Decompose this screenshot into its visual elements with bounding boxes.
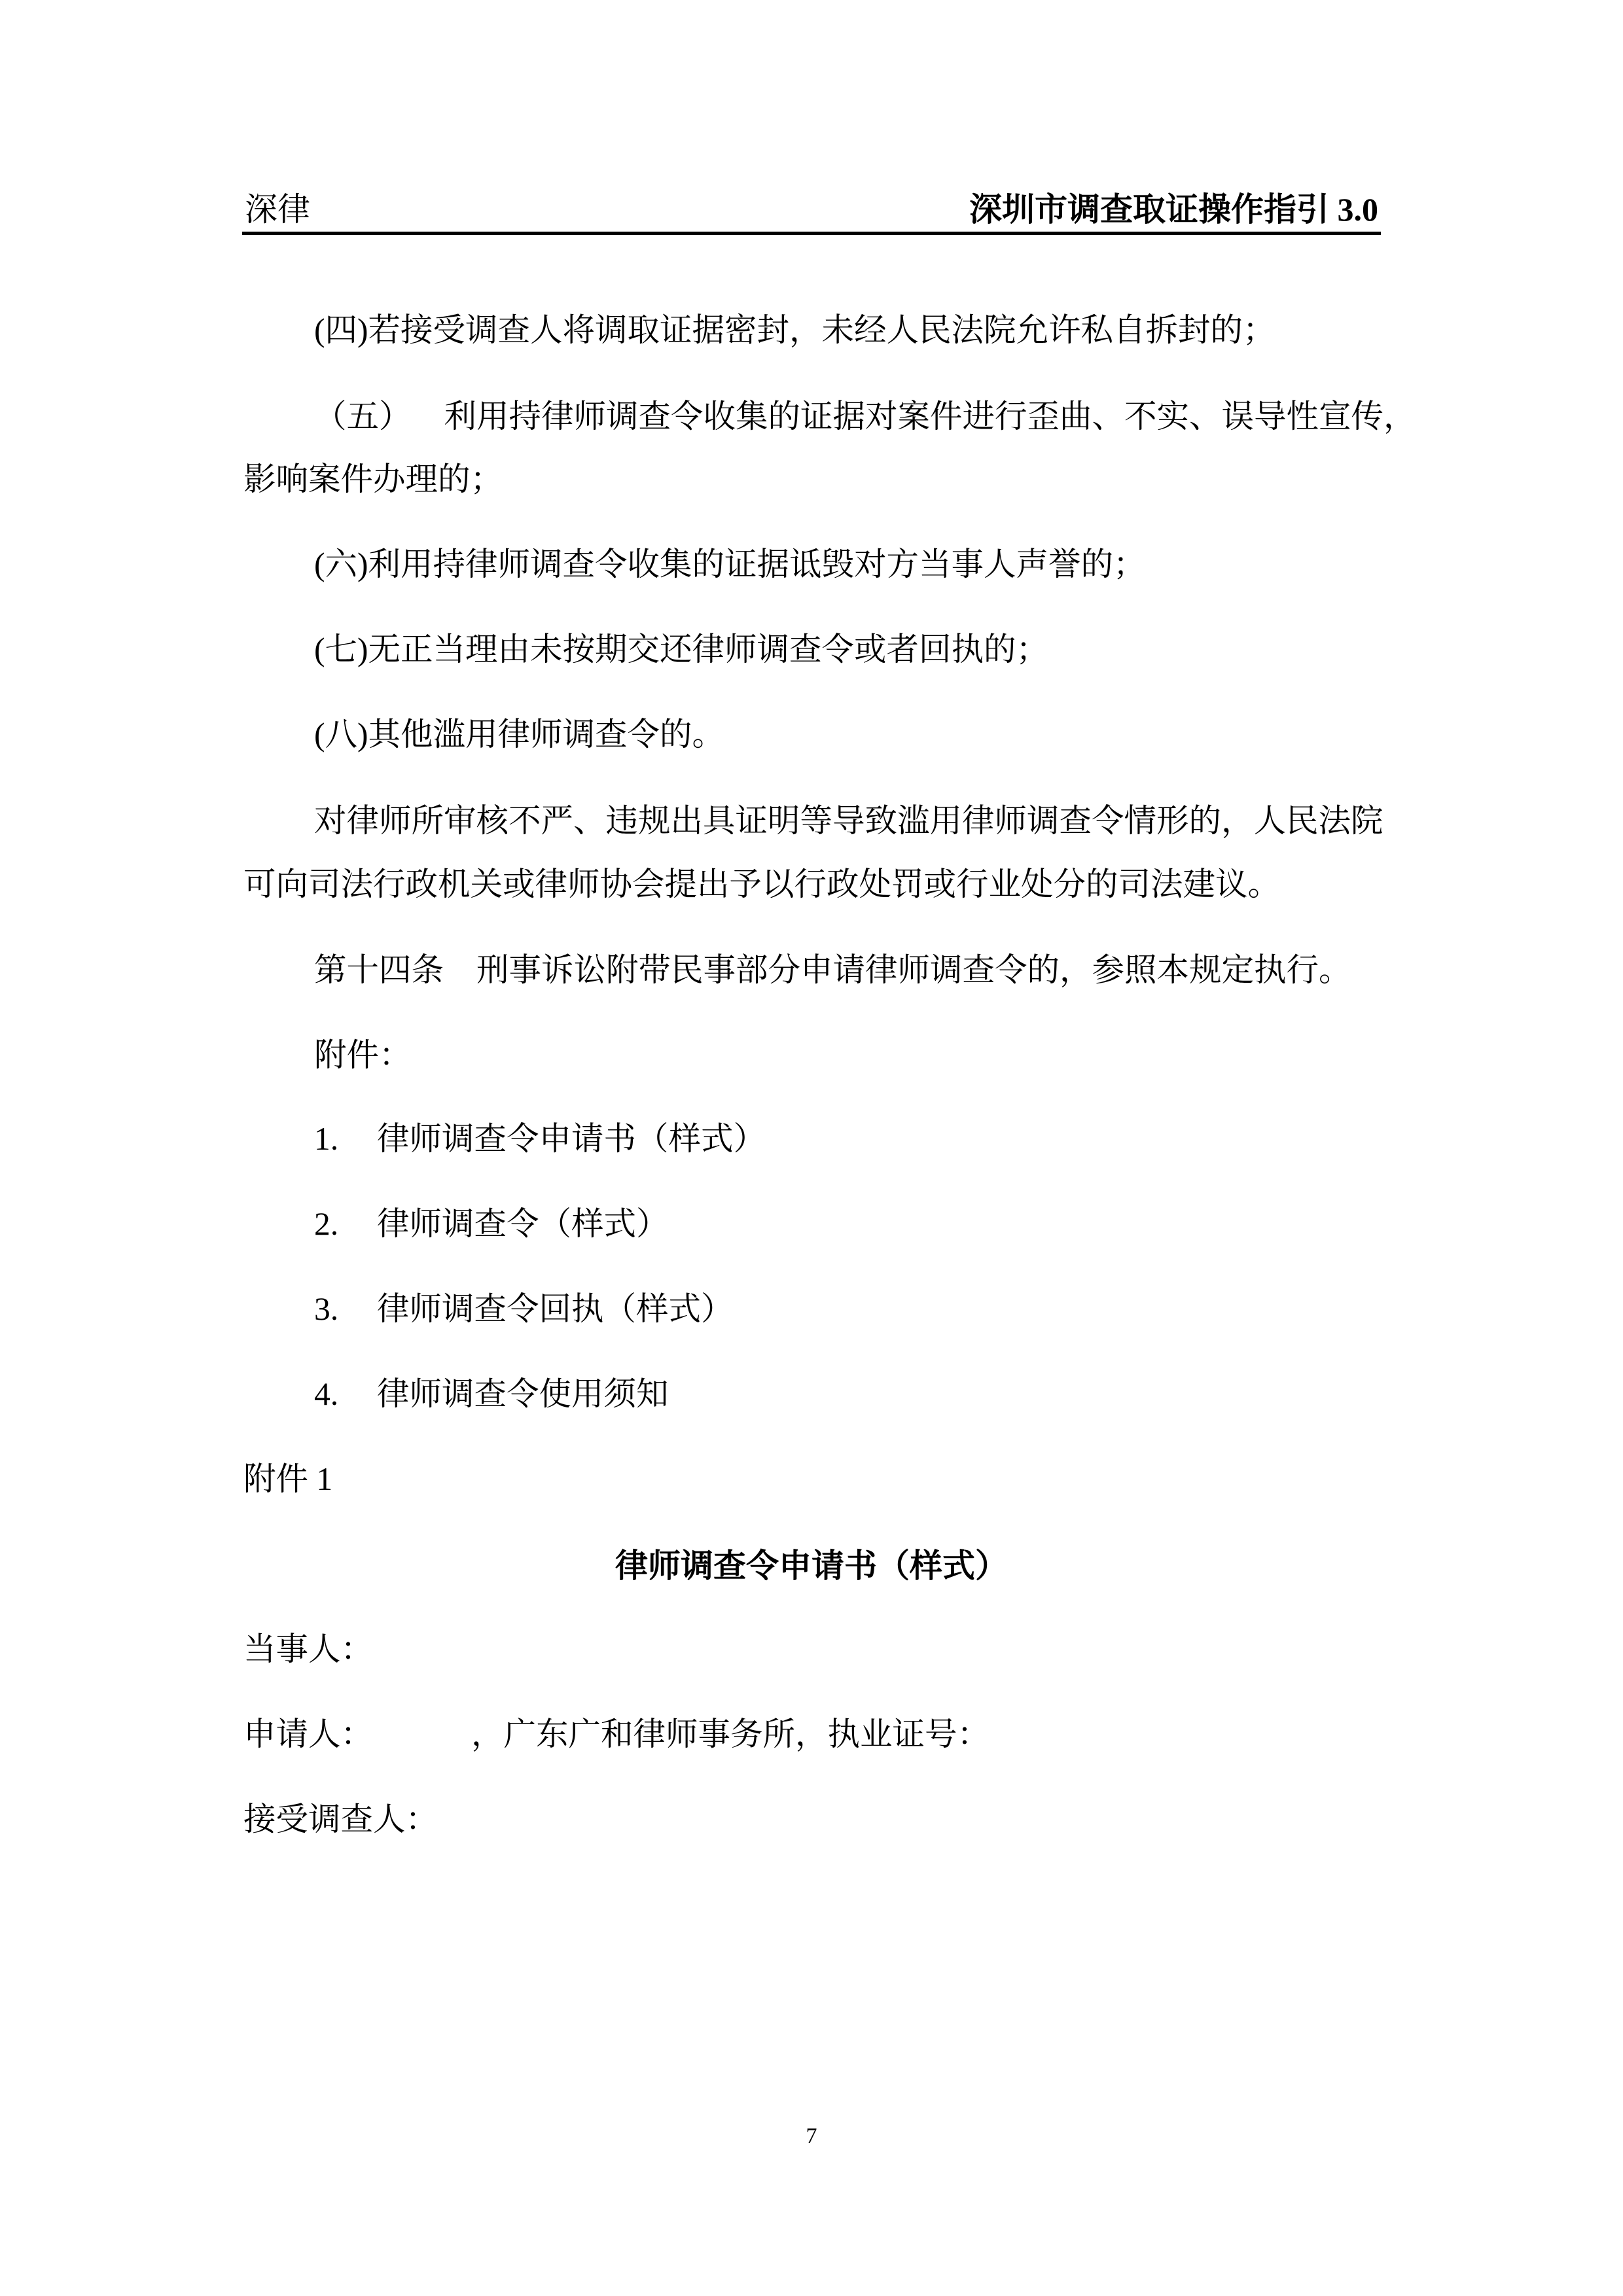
header-document-title: 深圳市调查取证操作指引 3.0 [969, 190, 1378, 229]
field-investigated-party: 接受调查人： [243, 1800, 1382, 1839]
field-applicant: 申请人：，广东广和律师事务所，执业证号： [243, 1715, 1382, 1754]
list-item-4: (四)若接受调查人将调取证据密封，未经人民法院允许私自拆封的； [243, 311, 1382, 350]
list-item-7: (七)无正当理由未按期交还律师调查令或者回执的； [243, 630, 1382, 669]
list-marker: (七) [314, 631, 368, 667]
annex-label: 附件 1 [243, 1460, 1382, 1499]
article-label: 第十四条 [314, 952, 444, 988]
annex-title: 律师调查令申请书（样式） [242, 1546, 1381, 1585]
list-marker: (四) [314, 312, 368, 348]
field-label: 当事人： [243, 1631, 373, 1667]
header-left-label: 深律 [245, 190, 310, 229]
list-item-8: (八)其他滥用律师调查令的。 [243, 715, 1382, 754]
paragraph-misuse-line1: 对律师所审核不严、违规出具证明等导致滥用律师调查令情形的，人民法院 [243, 802, 1382, 841]
attachment-item-2: 2.律师调查令（样式） [243, 1205, 1382, 1244]
article-14: 第十四条刑事诉讼附带民事部分申请律师调查令的，参照本规定执行。 [243, 951, 1382, 990]
list-item-6: (六)利用持律师调查令收集的证据诋毁对方当事人声誉的； [243, 545, 1382, 584]
list-text: 无正当理由未按期交还律师调查令或者回执的； [368, 631, 1048, 667]
page-number: 7 [242, 2123, 1381, 2149]
list-text: 利用持律师调查令收集的证据诋毁对方当事人声誉的； [368, 546, 1145, 582]
attachments-label: 附件： [243, 1036, 1382, 1075]
field-value: ，广东广和律师事务所，执业证号： [471, 1716, 990, 1752]
attachment-number: 1. [314, 1120, 377, 1159]
list-text: 若接受调查人将调取证据密封，未经人民法院允许私自拆封的； [368, 312, 1275, 348]
list-marker: （五） [314, 398, 412, 434]
list-item-5-continuation: 影响案件办理的； [243, 460, 1382, 499]
attachment-item-4: 4.律师调查令使用须知 [243, 1375, 1382, 1414]
attachment-item-1: 1.律师调查令申请书（样式） [243, 1120, 1382, 1159]
attachment-text: 律师调查令回执（样式） [377, 1291, 734, 1327]
field-party: 当事人： [243, 1630, 1382, 1669]
header-divider [242, 232, 1381, 235]
attachment-text: 律师调查令使用须知 [377, 1376, 669, 1412]
list-text: 其他滥用律师调查令的。 [368, 716, 724, 752]
attachment-text: 律师调查令申请书（样式） [377, 1121, 766, 1157]
attachment-item-3: 3.律师调查令回执（样式） [243, 1290, 1382, 1329]
field-label: 申请人： [243, 1716, 373, 1752]
list-item-5: （五）利用持律师调查令收集的证据对案件进行歪曲、不实、误导性宣传， [243, 397, 1382, 436]
field-label: 接受调查人： [243, 1801, 438, 1837]
attachment-number: 3. [314, 1290, 377, 1329]
list-marker: (八) [314, 716, 368, 752]
attachment-number: 2. [314, 1205, 377, 1244]
list-text: 影响案件办理的； [243, 461, 503, 497]
paragraph-misuse-line2: 可向司法行政机关或律师协会提出予以行政处罚或行业处分的司法建议。 [243, 865, 1382, 904]
attachment-text: 律师调查令（样式） [377, 1206, 669, 1242]
list-text: 利用持律师调查令收集的证据对案件进行歪曲、不实、误导性宣传， [444, 398, 1416, 434]
attachment-number: 4. [314, 1375, 377, 1414]
article-text: 刑事诉讼附带民事部分申请律师调查令的，参照本规定执行。 [476, 952, 1351, 988]
document-page: 深律 深圳市调查取证操作指引 3.0 (四)若接受调查人将调取证据密封，未经人民… [0, 0, 1623, 2296]
list-marker: (六) [314, 546, 368, 582]
